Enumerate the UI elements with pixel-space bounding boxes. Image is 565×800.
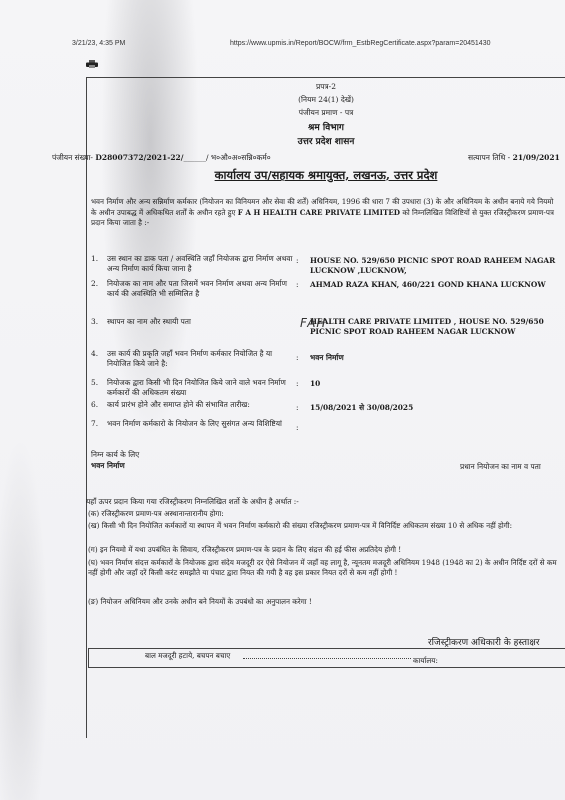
- item-number: 5.: [91, 378, 103, 388]
- registration-label: पंजीयन संख्या-: [52, 153, 95, 162]
- item-value: AHMAD RAZA KHAN, 460/221 GOND KHANA LUCK…: [310, 280, 560, 290]
- registration-suffix: / भ०औ०अ०सन्नि०कर्म०: [206, 153, 271, 162]
- item-number: 1.: [91, 254, 103, 264]
- condition-ga: (ग) इन नियमो में यथा उपबंधित के सिवाय, र…: [88, 545, 558, 555]
- work-for-label: निम्न कार्य के लिए: [91, 450, 139, 460]
- item-label: नियोजक द्वारा किसी भी दिन नियोजित किये ज…: [107, 378, 297, 398]
- intro-paragraph: भवन निर्माण और अन्य सन्निर्माण कर्मकार (…: [91, 197, 561, 229]
- verification-date-line: सत्यापन तिथि - 21/09/2021: [468, 153, 560, 163]
- item-label: उस स्थान का डाक पता / अवस्थिति जहाँ नियो…: [107, 254, 297, 274]
- handwritten-note: FAH: [300, 316, 326, 330]
- item-value: HEALTH CARE PRIVATE LIMITED , HOUSE NO. …: [310, 317, 560, 337]
- item-number: 4.: [91, 349, 103, 359]
- footer-slogan: बाल मजदूरी हटाये, बचपन बचाए: [145, 651, 230, 661]
- signature-label: रजिस्ट्रीकरण अधिकारी के हस्ताक्षर: [428, 635, 540, 648]
- footer-office-label: कार्यालय:: [413, 656, 438, 666]
- condition-nga: (ङ) नियोजन अधिनियम और उनके अधीन बने नियम…: [88, 597, 558, 607]
- item-label: कार्य प्रारंभ होने और समाप्त होने की संभ…: [107, 400, 297, 410]
- print-date-time: 3/21/23, 4:35 PM: [72, 40, 125, 47]
- office-title: कार्यालय उप/सहायक श्रमायुक्त, लखनऊ, उत्त…: [86, 168, 565, 183]
- item-number: 2.: [91, 279, 103, 289]
- item-colon: :: [296, 280, 299, 290]
- registration-number-line: पंजीयन संख्या- D28007372/2021-22/______/…: [52, 153, 271, 163]
- condition-kha: (ख) किसी भी दिन नियोजित कर्मकारों या स्थ…: [88, 521, 558, 531]
- item-label: भवन निर्माण कर्मकारो के नियोजन के लिए सु…: [107, 419, 297, 429]
- rule-reference: (नियम 24(1) देखें): [86, 95, 565, 105]
- printer-icon[interactable]: [86, 60, 98, 68]
- item-number: 7.: [91, 419, 103, 429]
- item-label: स्थापन का नाम और स्थायी पता: [107, 317, 297, 327]
- item-label: नियोजक का नाम और पता जिसमें भवन निर्माण …: [107, 279, 297, 299]
- item-value: HOUSE NO. 529/650 PICNIC SPOT ROAD RAHEE…: [310, 256, 560, 276]
- item-colon: :: [296, 353, 299, 363]
- verification-date: 21/09/2021: [513, 153, 560, 162]
- item-number: 6.: [91, 400, 103, 410]
- company-name: F A H HEALTH CARE PRIVATE LIMITED: [238, 208, 400, 217]
- item-colon: :: [296, 403, 299, 413]
- item-value: 15/08/2021 से 30/08/2025: [310, 403, 560, 413]
- scanned-certificate-page: 3/21/23, 4:35 PM https://www.upmis.in/Re…: [0, 0, 565, 800]
- item-colon: :: [296, 379, 299, 389]
- principal-employer-label: प्रधान नियोजन का नाम व पता: [460, 462, 541, 472]
- certificate-name: पंजीयन प्रमाण - पत्र: [86, 108, 565, 118]
- conditions-intro: यहाँ ऊपर प्रदान किया गया रजिस्ट्रीकरण नि…: [86, 497, 299, 507]
- department-name: श्रम विभाग: [86, 120, 565, 133]
- government-name: उत्तर प्रदेश शासन: [86, 134, 565, 147]
- work-type: भवन निर्माण: [91, 461, 125, 471]
- item-value: भवन निर्माण: [310, 353, 560, 363]
- item-number: 3.: [91, 317, 103, 327]
- condition-ka: (क) रजिस्ट्रीकरण प्रमाण-पत्र अस्थानान्ता…: [88, 509, 558, 519]
- item-colon: :: [296, 423, 299, 433]
- item-colon: :: [296, 256, 299, 266]
- form-number: प्रपत्र-2: [86, 82, 565, 92]
- registration-blank: ______: [184, 153, 207, 162]
- footer-dotted-line: [243, 651, 411, 659]
- item-value: 10: [310, 379, 560, 389]
- print-url: https://www.upmis.in/Report/BOCW/frm_Est…: [230, 40, 490, 47]
- condition-gha: (घ) भवन निर्माण संदत्त कर्मकारों के नियो…: [88, 558, 558, 577]
- item-label: उस कार्य की प्रकृति जहाँ भवन निर्माण कर्…: [107, 349, 297, 369]
- verification-label: सत्यापन तिथि -: [468, 153, 513, 162]
- registration-number: D28007372/2021-22/: [95, 153, 183, 162]
